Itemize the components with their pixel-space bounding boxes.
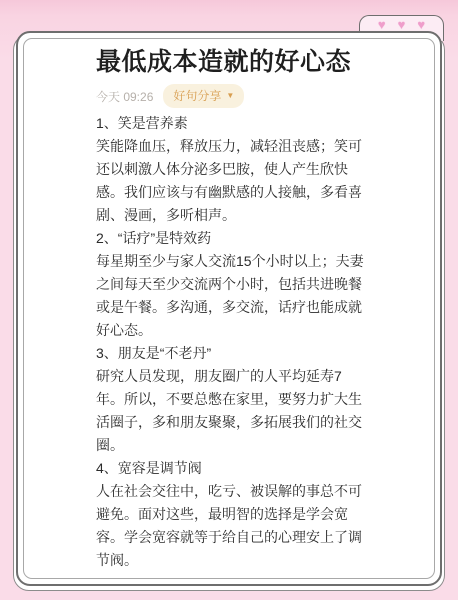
topic-tag-label: 好句分享 (173, 87, 221, 104)
section-heading: 2、“话疗”是特效药 (96, 227, 364, 250)
post-meta-row: 今天 09:26 好句分享 ▼ (96, 85, 362, 107)
section-heading: 1、笑是营养素 (96, 112, 364, 135)
section-text: 人在社会交往中，吃亏、被误解的事总不可 避免。面对这些，最明智的选择是学会宽 容… (96, 480, 364, 572)
note-card: 最低成本造就的好心态 今天 09:26 好句分享 ▼ 1、笑是营养素 笑能降血压… (16, 31, 442, 586)
section-heading: 3、朋友是“不老丹” (96, 342, 364, 365)
heart-icon: ♥ (398, 18, 406, 32)
topic-tag-button[interactable]: 好句分享 ▼ (163, 84, 244, 108)
post-title: 最低成本造就的好心态 (96, 47, 362, 77)
chevron-down-icon: ▼ (226, 91, 234, 101)
section-1: 1、笑是营养素 笑能降血压，释放压力，减轻沮丧感；笑可 还以刺激人体分泌多巴胺，… (96, 112, 364, 227)
section-text: 研究人员发现，朋友圈广的人平均延寿7 年。所以，不要总憋在家里，要努力扩大生 活… (96, 365, 364, 457)
section-2: 2、“话疗”是特效药 每星期至少与家人交流15个小时以上；夫妻 之间每天至少交流… (96, 227, 364, 342)
section-4: 4、宽容是调节阀 人在社会交往中，吃亏、被误解的事总不可 避免。面对这些，最明智… (96, 457, 364, 572)
section-heading: 4、宽容是调节阀 (96, 457, 364, 480)
heart-icon: ♥ (417, 18, 425, 32)
page-background: ♥ ♥ ♥ 最低成本造就的好心态 今天 09:26 好句分享 ▼ 1、笑是营养素… (0, 0, 458, 600)
post-body: 1、笑是营养素 笑能降血压，释放压力，减轻沮丧感；笑可 还以刺激人体分泌多巴胺，… (96, 112, 364, 572)
heart-icon: ♥ (378, 18, 386, 32)
section-text: 笑能降血压，释放压力，减轻沮丧感；笑可 还以刺激人体分泌多巴胺，使人产生欣快 感… (96, 135, 364, 227)
section-text: 每星期至少与家人交流15个小时以上；夫妻 之间每天至少交流两个小时，包括共进晚餐… (96, 250, 364, 342)
post-timestamp: 今天 09:26 (96, 88, 153, 105)
section-3: 3、朋友是“不老丹” 研究人员发现，朋友圈广的人平均延寿7 年。所以，不要总憋在… (96, 342, 364, 457)
